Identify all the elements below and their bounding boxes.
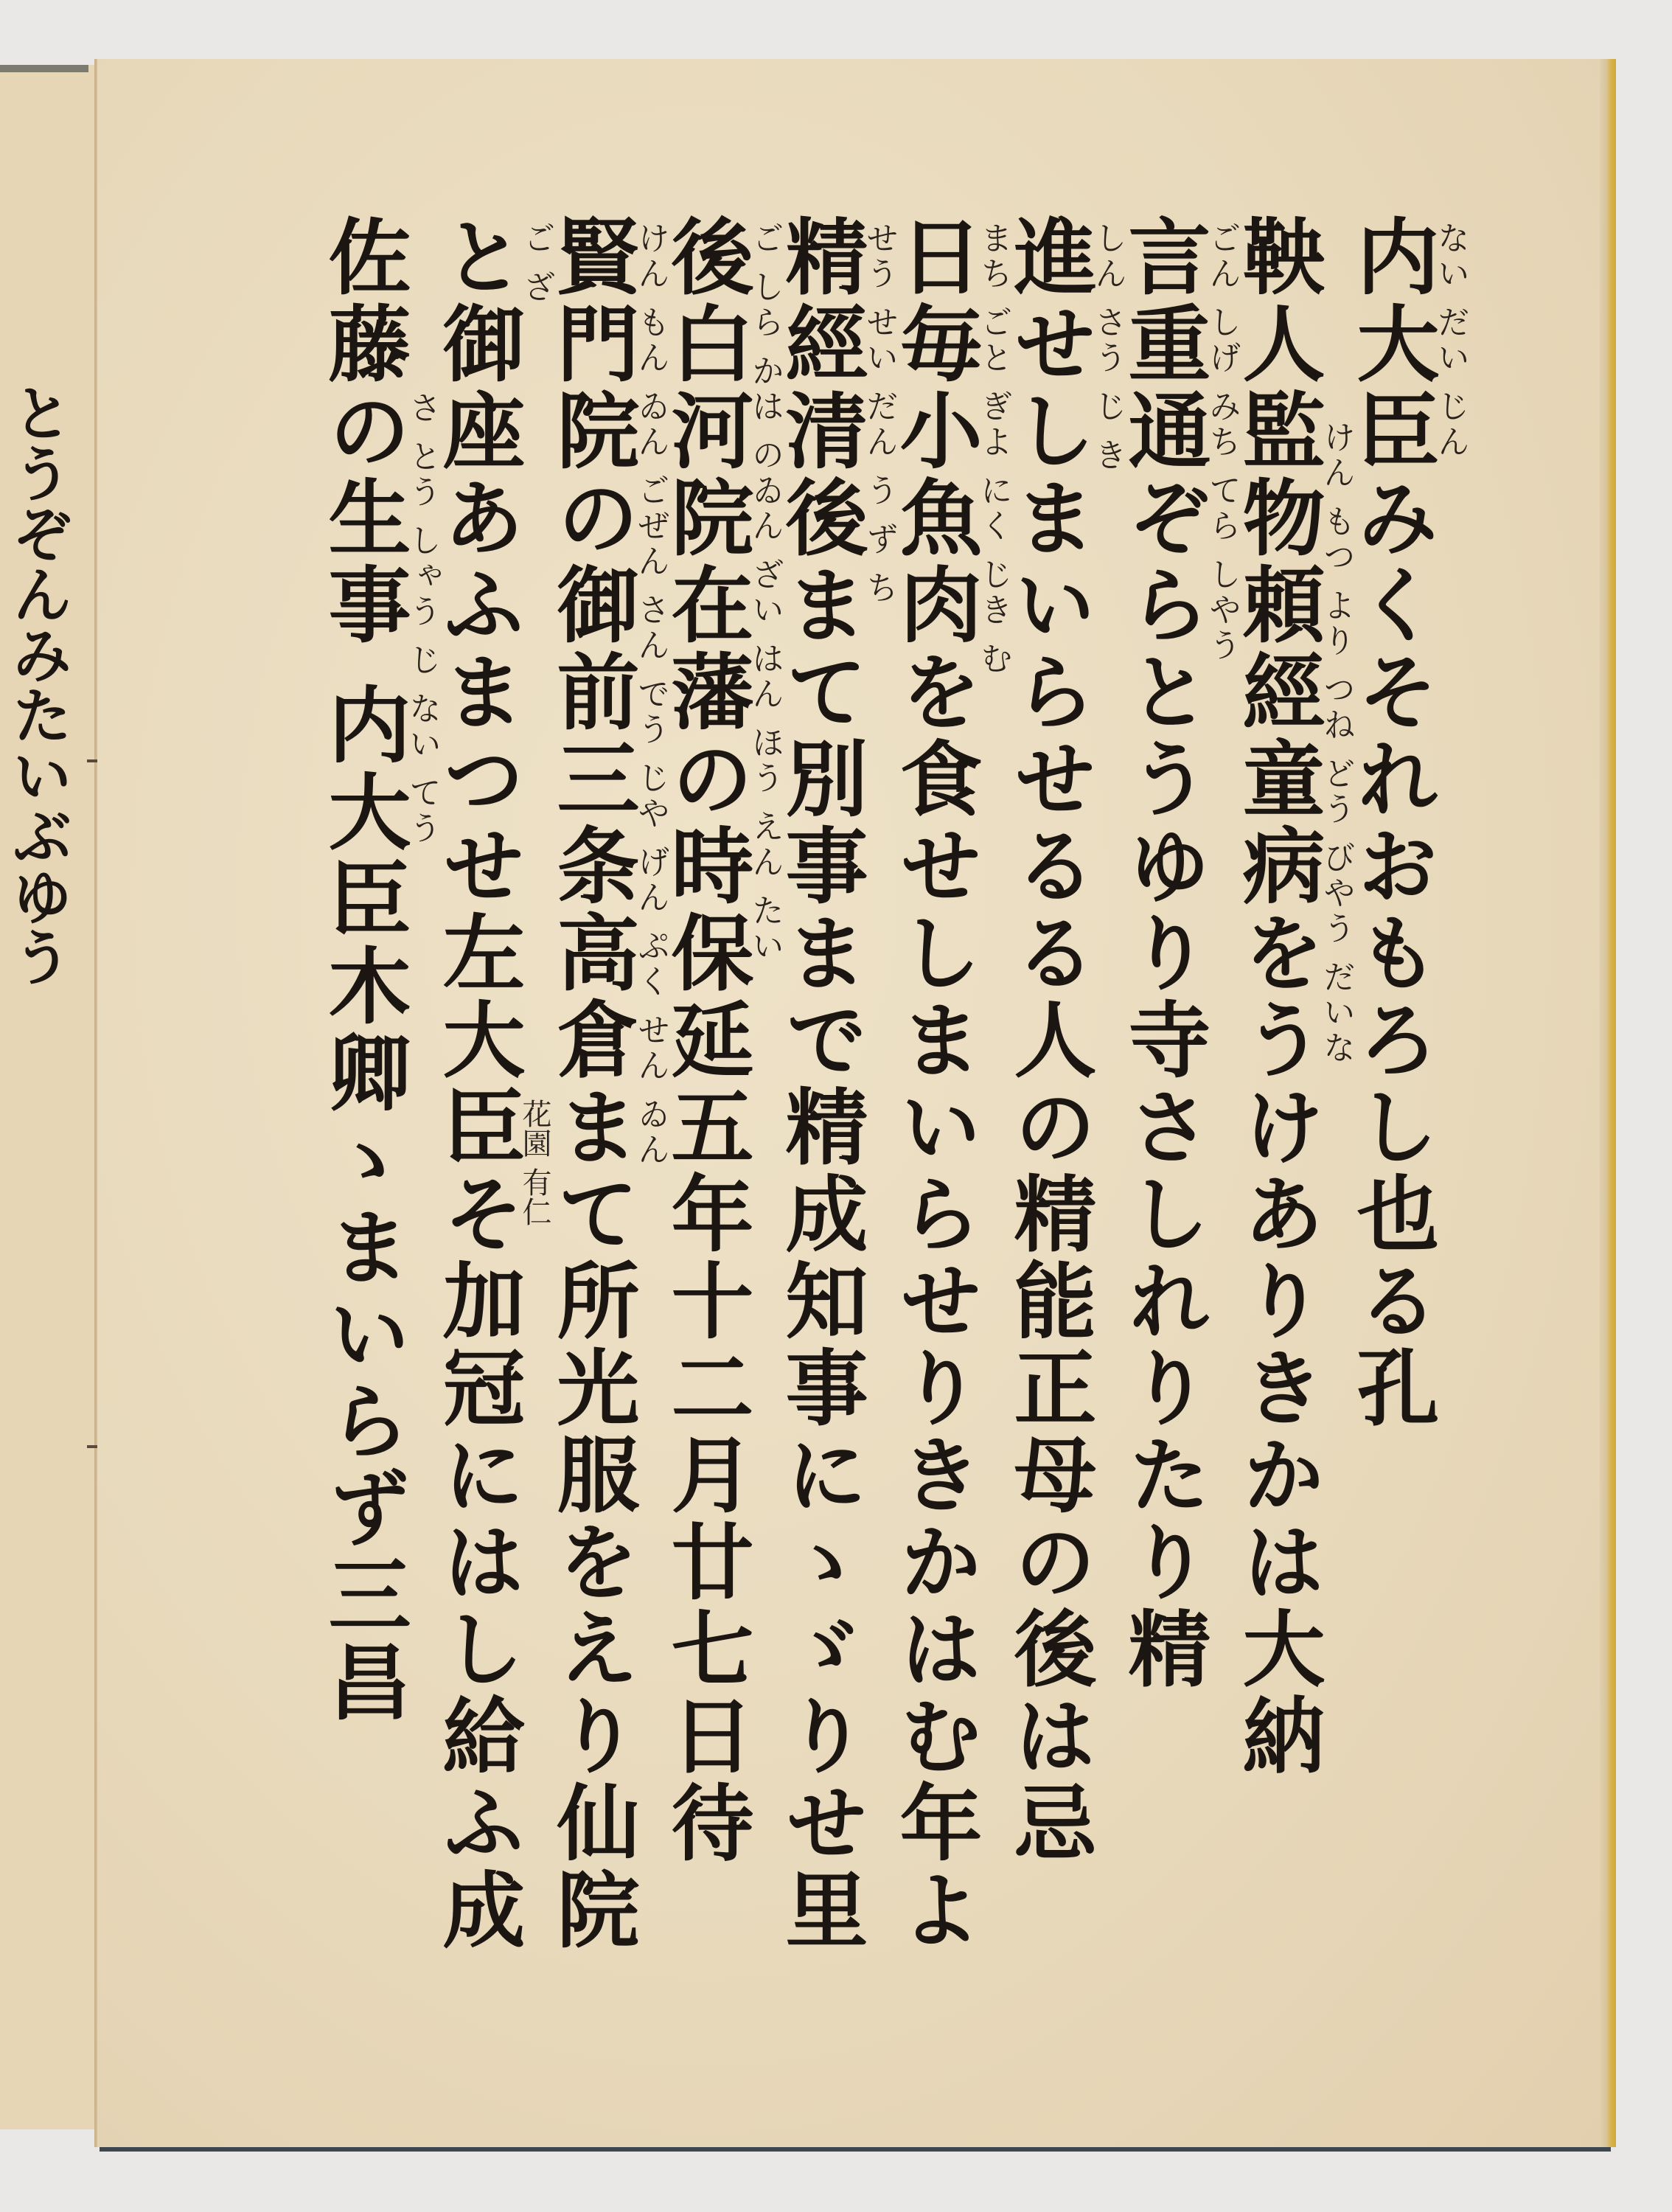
left-page-text-fragment: とうぞんみたいぶゆう	[0, 382, 81, 987]
right-page: 内大臣みくそれおもろし也る孔ない だい じん 鞅人監物頼經童病をうけありきかは大…	[97, 59, 1609, 2147]
annotation-note: 花園 有仁	[514, 1099, 556, 1226]
book-bottom-edge	[100, 2147, 1611, 2152]
text-columns: 内大臣みくそれおもろし也る孔ない だい じん 鞅人監物頼經童病をうけありきかは大…	[311, 214, 1454, 2131]
left-page-top-edge	[0, 65, 88, 72]
left-page: とうぞんみたいぶゆう	[0, 65, 96, 2129]
text-column: 賢門院の御前三条高倉まて所光服をえり仙院けん もん ゐん ごぜん さん でう じ…	[540, 214, 654, 2131]
open-book: とうぞんみたいぶゆう 内大臣みくそれおもろし也る孔ない だい じん 鞅人監物頼經…	[0, 59, 1622, 2153]
text-column: 佐藤の生事 内大臣木卿ゝまいらず三昌さ とう しゃう じ ない てう	[311, 214, 425, 2131]
page-fore-edge	[1600, 59, 1616, 2147]
text-column: 言重通ぞらとうゆり寺さしれりたり精ごん しげ みち てら しやう	[1111, 214, 1225, 2131]
